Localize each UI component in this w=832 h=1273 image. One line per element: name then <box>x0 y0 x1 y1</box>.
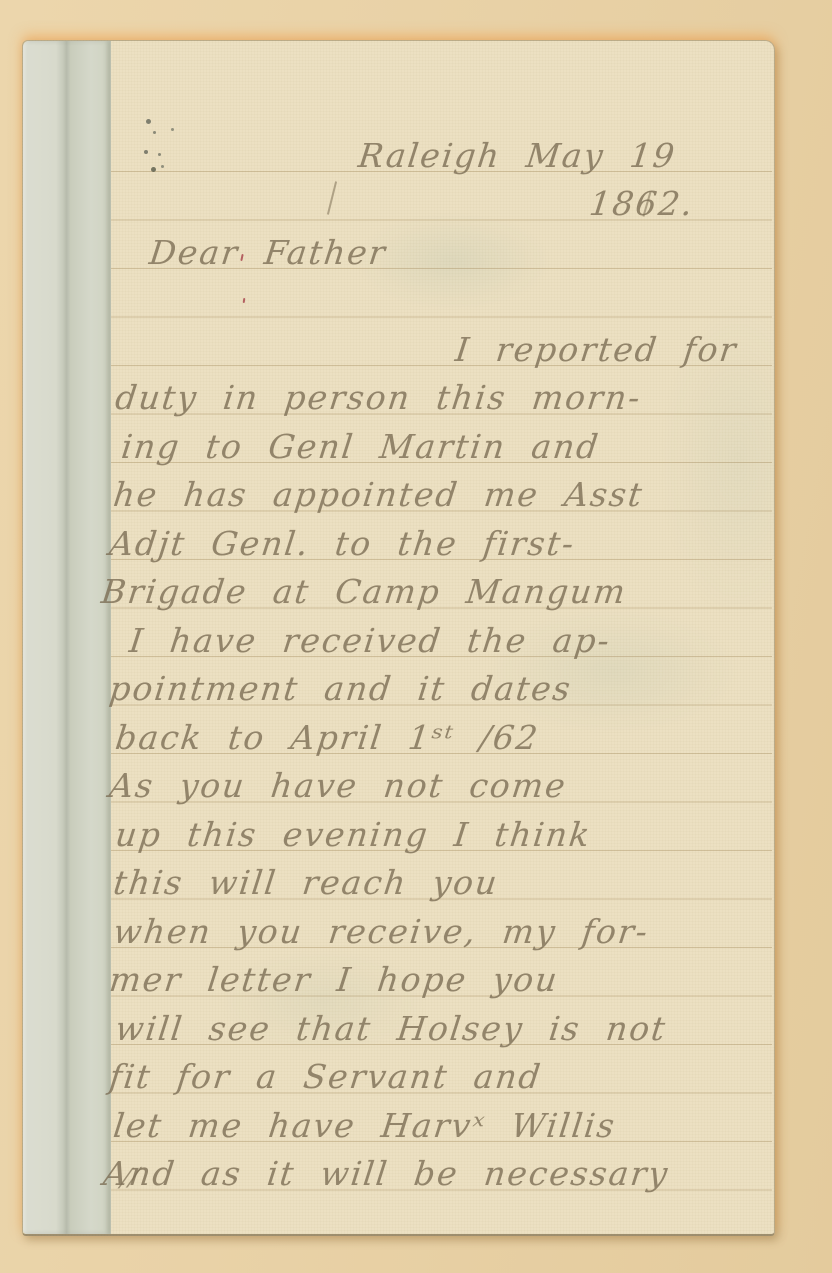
body-line: As you have not come <box>107 765 569 807</box>
body-line: will see that Holsey is not <box>113 1008 669 1050</box>
body-line: he has appointed me Asst <box>111 474 646 516</box>
body-line: I reported for <box>453 329 740 371</box>
body-line: Adjt Genl. to the first- <box>107 523 578 565</box>
body-line: Brigade at Camp Mangum <box>99 571 629 613</box>
salutation: Dear Father <box>147 232 389 274</box>
body-line: up this evening I think <box>113 814 594 856</box>
body-line: let me have Harvˣ Willis <box>111 1105 618 1147</box>
body-line: when you receive, my for- <box>111 911 652 953</box>
dateline-year: 1862. <box>587 183 697 225</box>
body-line: And as it will be necessary <box>101 1153 672 1195</box>
body-line: fit for a Servant and <box>107 1056 544 1098</box>
scan-mat: Raleigh May 19 1862. Dear Father I repor… <box>0 0 832 1273</box>
body-line: pointment and it dates <box>107 668 574 710</box>
ink-speck <box>171 128 174 131</box>
dateline-place-date: Raleigh May 19 <box>356 135 679 177</box>
ink-speck <box>161 165 164 168</box>
body-line: this will reach you <box>111 862 501 904</box>
letter-page: Raleigh May 19 1862. Dear Father I repor… <box>22 40 775 1236</box>
body-line: mer letter I hope you <box>107 959 561 1001</box>
ink-speck <box>158 153 161 156</box>
ink-speck <box>153 131 156 134</box>
ink-speck <box>151 167 156 172</box>
ink-speck <box>146 119 151 124</box>
body-line: ing to Genl Martin and <box>119 426 602 468</box>
body-line: duty in person this morn- <box>113 377 644 419</box>
ink-speck <box>144 150 148 154</box>
binding-strip <box>23 41 111 1234</box>
body-line: I have received the ap- <box>127 620 613 662</box>
body-line: back to April 1ˢᵗ /62 <box>113 717 542 759</box>
